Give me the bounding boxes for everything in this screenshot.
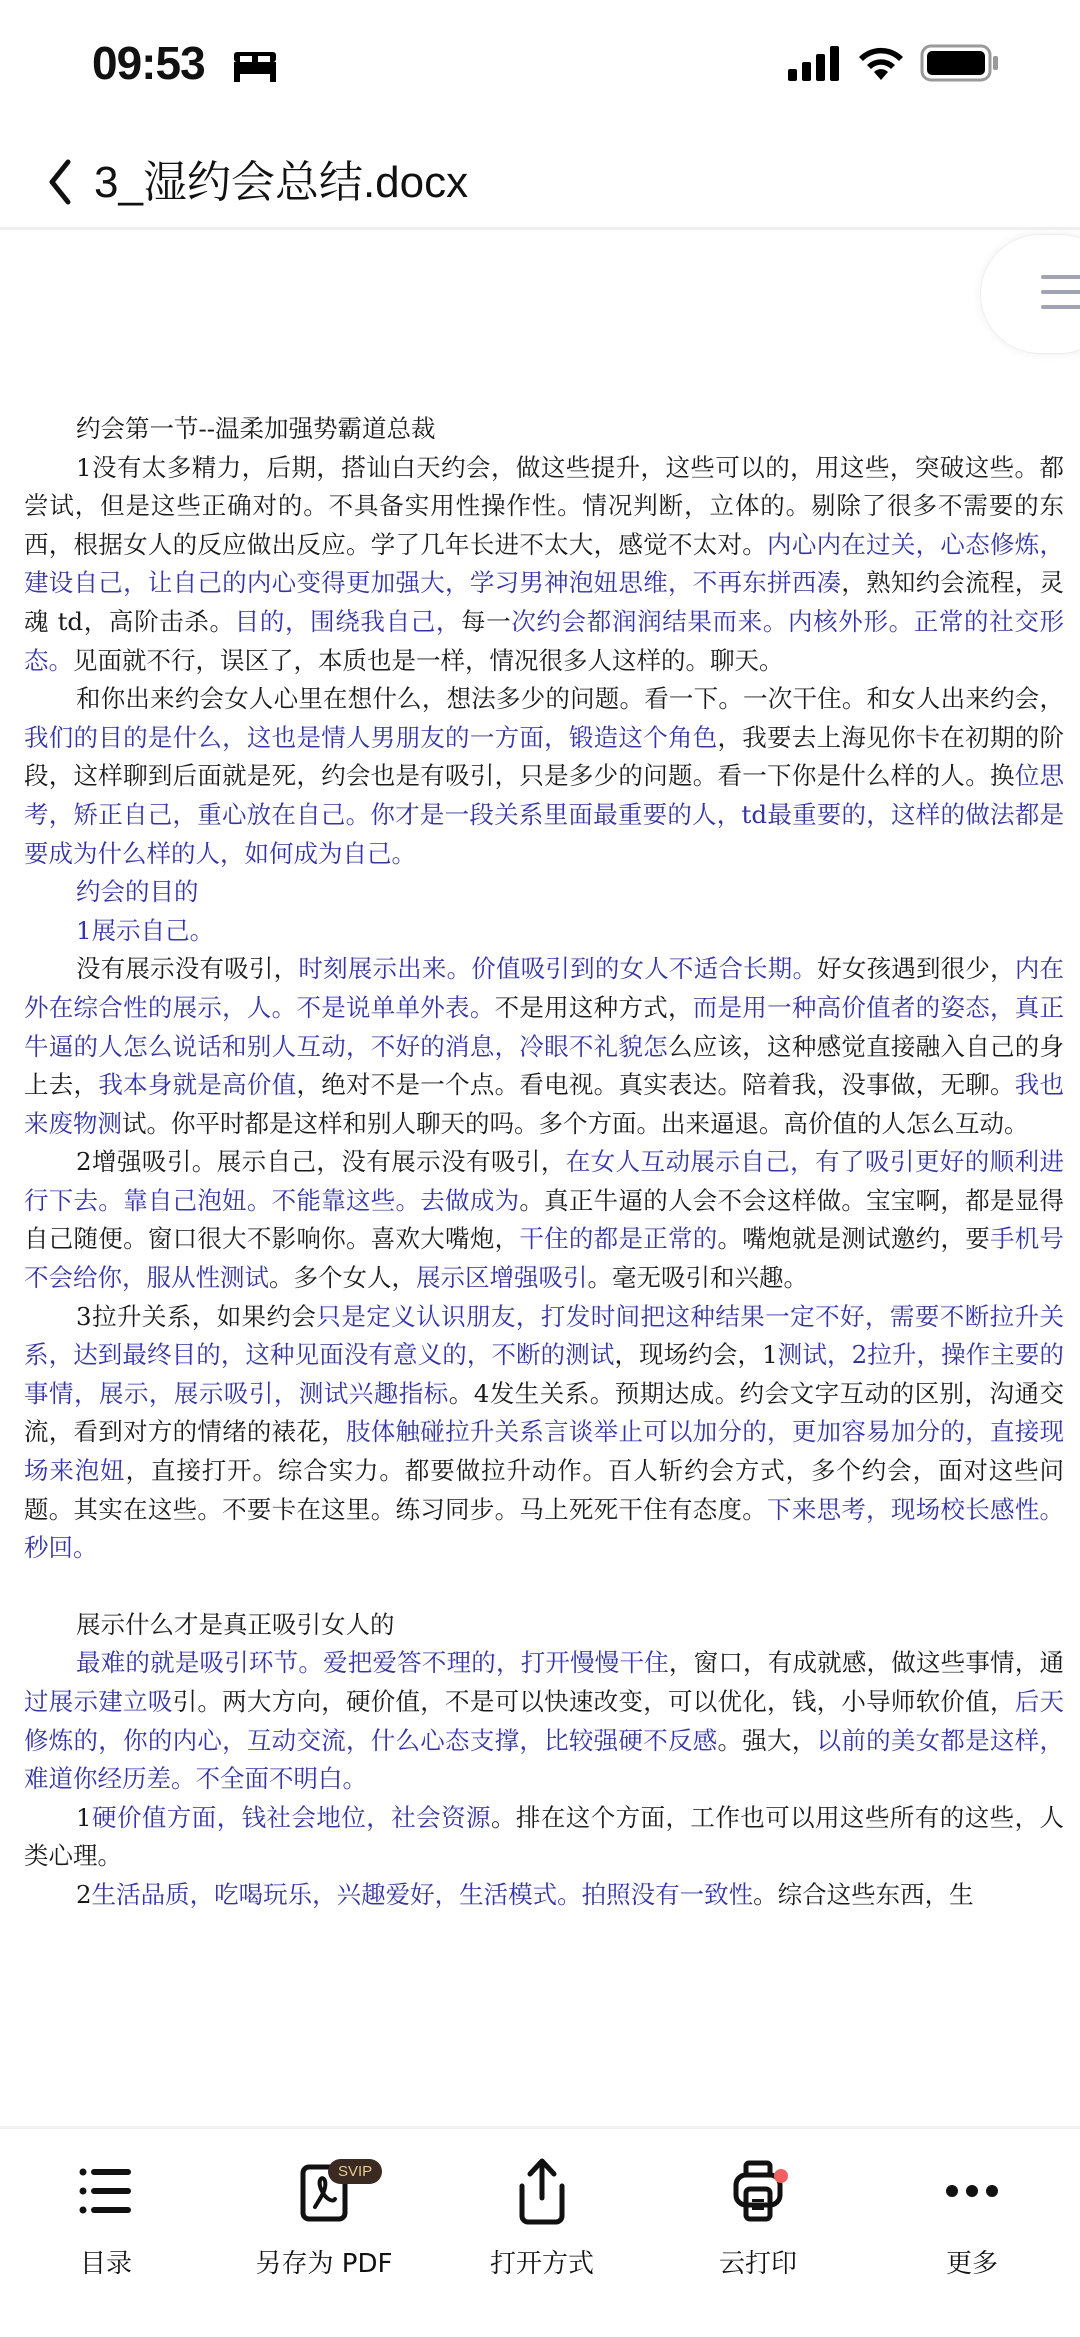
battery-icon: [920, 44, 1000, 82]
body-text: 。毫无吸引和兴趣。: [588, 1263, 809, 1292]
toc-label: 目录: [6, 2243, 206, 2280]
document-content: 约会第一节--温柔加强势霸道总裁1没有太多精力，后期，搭讪白天约会，做这些提升，…: [24, 410, 1064, 1915]
document-paragraph: 1没有太多精力，后期，搭讪白天约会，做这些提升，这些可以的，用这些，突破这些。都…: [24, 449, 1064, 681]
more-button[interactable]: 更多: [872, 2151, 1072, 2280]
highlighted-text: 硬价值方面，钱社会地位，社会资源: [92, 1803, 491, 1832]
document-paragraph: 2生活品质，吃喝玩乐，兴趣爱好，生活模式。拍照没有一致性。综合这些东西，生: [24, 1876, 1064, 1915]
hamburger-menu-icon: [1041, 275, 1080, 320]
document-paragraph: 约会的目的: [24, 873, 1064, 912]
document-paragraph: 2增强吸引。展示自己，没有展示没有吸引，在女人互动展示自己，有了吸引更好的顺利进…: [24, 1143, 1064, 1297]
body-text: 。嘴炮就是测试邀约，要: [718, 1224, 990, 1253]
highlighted-text: 我们的目的是什么，这也是情人男朋友的一方面，锻造这个角色: [24, 723, 718, 752]
save-as-pdf-button[interactable]: SVIP 另存为 PDF: [224, 2151, 424, 2280]
body-text: 。综合这些东西，生: [753, 1880, 974, 1909]
body-text: 2: [76, 1880, 92, 1909]
document-title: 3_湿约会总结.docx: [94, 146, 468, 210]
body-text: 2增强吸引。展示自己，没有展示没有吸引，: [76, 1147, 566, 1176]
body-text: 约会第一节--温柔加强势霸道总裁: [76, 414, 436, 443]
printer-icon: [732, 2159, 784, 2223]
more-label: 更多: [872, 2243, 1072, 2280]
document-paragraph: 3拉升关系，如果约会只是定义认识朋友，打发时间把这种结果一定不好，需要不断拉升关…: [24, 1298, 1064, 1568]
body-text: 。强大，: [718, 1726, 817, 1755]
bed-icon: [232, 50, 278, 82]
body-text: ，窗口，有成就感，做这些事情，通: [669, 1648, 1064, 1677]
highlighted-text: 展示区增强吸引: [416, 1263, 588, 1292]
body-text: 1: [76, 1803, 92, 1832]
body-text: 不是用这种方式，: [495, 993, 693, 1022]
highlighted-text: 1展示自己。: [76, 916, 214, 945]
body-text: 好女孩遇到很少，: [817, 954, 1015, 983]
highlighted-text: 我本身就是高价值: [98, 1070, 296, 1099]
notification-dot: [774, 2169, 788, 2183]
body-text: ，绝对不是一个点。看电视。真实表达。陪着我，没事做，无聊。: [296, 1070, 1014, 1099]
highlighted-text: 约会的目的: [76, 877, 199, 906]
body-text: 展示什么才是真正吸引女人的: [76, 1610, 395, 1639]
bottom-toolbar: 目录 SVIP 另存为 PDF 打开方式: [0, 2126, 1080, 2337]
highlighted-text: 过展示建立吸: [24, 1687, 173, 1716]
document-paragraph: 和你出来约会女人心里在想什么，想法多少的问题。看一下。一次干住。和女人出来约会，…: [24, 680, 1064, 873]
status-time: 09:53: [92, 36, 205, 90]
body-text: 试。你平时都是这样和别人聊天的吗。多个方面。出来逼退。高价值的人怎么互动。: [122, 1109, 1029, 1138]
body-text: 。多个女人，: [269, 1263, 416, 1292]
document-paragraph: 展示什么才是真正吸引女人的: [24, 1606, 1064, 1645]
cellular-signal-icon: [786, 45, 842, 81]
document-paragraph: 没有展示没有吸引，时刻展示出来。价值吸引到的女人不适合长期。好女孩遇到很少，内在…: [24, 950, 1064, 1143]
svip-badge: SVIP: [328, 2159, 382, 2184]
share-icon: [516, 2156, 568, 2226]
cloud-print-label: 云打印: [658, 2243, 858, 2280]
body-text: 见面就不行，误区了，本质也是一样，情况很多人这样的。聊天。: [73, 646, 784, 675]
body-text: 每一: [461, 607, 511, 636]
body-text: 引。两大方向，硬价值，不是可以快速改变，可以优化，钱，小导师软价值，: [173, 1687, 1015, 1716]
highlighted-text: 最难的就是吸引环节。爱把爱答不理的，打开慢慢干住: [76, 1648, 669, 1677]
body-text: 没有展示没有吸引，: [76, 954, 298, 983]
wifi-icon: [856, 44, 906, 82]
highlighted-text: 目的，围绕我自己，: [235, 607, 461, 636]
status-indicators: [786, 44, 1000, 82]
save-as-pdf-label: 另存为 PDF: [224, 2243, 424, 2280]
toc-button[interactable]: 目录: [6, 2151, 206, 2280]
cloud-print-button[interactable]: 云打印: [658, 2151, 858, 2280]
highlighted-text: 生活品质，吃喝玩乐，兴趣爱好，生活模式。拍照没有一致性: [92, 1880, 754, 1909]
document-paragraph: 1展示自己。: [24, 912, 1064, 951]
chevron-left-icon[interactable]: [40, 150, 80, 210]
more-icon: [945, 2184, 999, 2198]
highlighted-text: 时刻展示出来。价值吸引到的女人不适合长期。: [298, 954, 817, 983]
outline-menu-button[interactable]: [980, 234, 1080, 354]
open-with-button[interactable]: 打开方式: [442, 2151, 642, 2280]
body-text: ，现场约会，1: [614, 1340, 777, 1369]
body-text: 3拉升关系，如果约会: [76, 1302, 316, 1331]
document-paragraph: 最难的就是吸引环节。爱把爱答不理的，打开慢慢干住，窗口，有成就感，做这些事情，通…: [24, 1644, 1064, 1798]
document-paragraph: 约会第一节--温柔加强势霸道总裁: [24, 410, 1064, 449]
status-bar: 09:53: [0, 0, 1080, 130]
open-with-label: 打开方式: [442, 2243, 642, 2280]
nav-bar: 3_湿约会总结.docx: [0, 130, 1080, 230]
body-text: 和你出来约会女人心里在想什么，想法多少的问题。看一下。一次干住。和女人出来约会，: [76, 684, 1064, 713]
table-of-contents-icon: [79, 2166, 133, 2216]
highlighted-text: 干住的都是正常的: [519, 1224, 717, 1253]
document-paragraph: 1硬价值方面，钱社会地位，社会资源。排在这个方面，工作也可以用这些所有的这些，人…: [24, 1799, 1064, 1876]
